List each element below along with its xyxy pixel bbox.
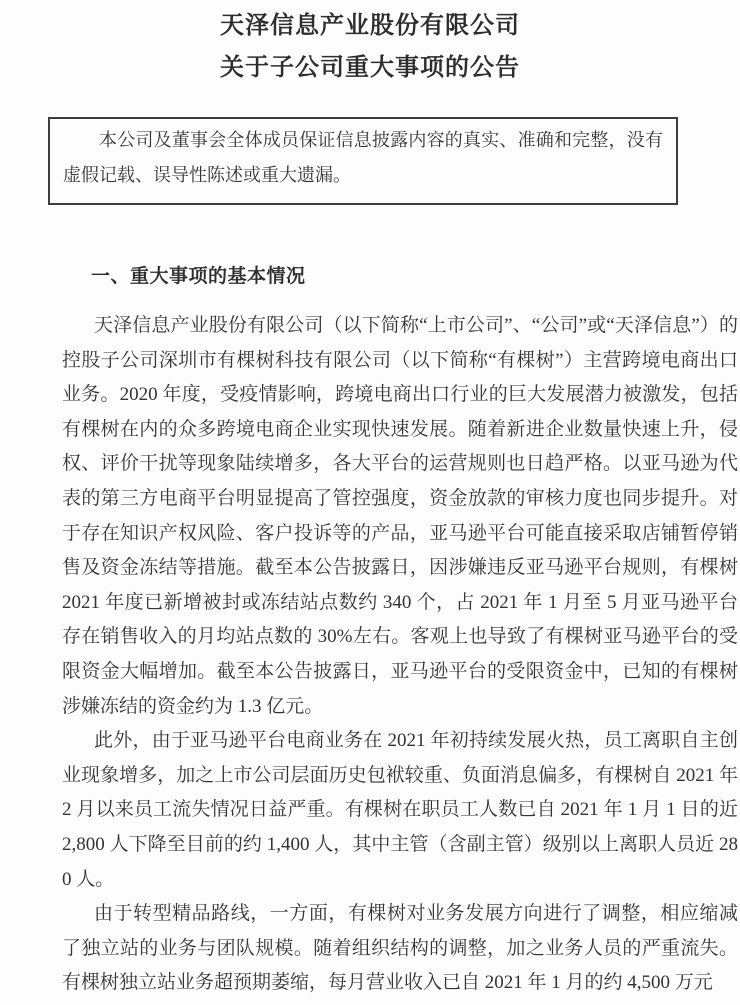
body-paragraph-3: 由于转型精品路线，一方面，有棵树对业务发展方向进行了调整，相应缩减了独立站的业务…	[62, 897, 738, 1001]
document-title-subject: 关于子公司重大事项的公告	[0, 50, 740, 86]
disclaimer-text: 本公司及董事会全体成员保证信息披露内容的真实、准确和完整，没有虚假记载、误导性陈…	[63, 123, 663, 193]
body-paragraph-1: 天泽信息产业股份有限公司（以下简称“上市公司”、“公司”或“天泽信息”）的控股子…	[62, 309, 738, 724]
document-title-company-name: 天泽信息产业股份有限公司	[0, 8, 740, 44]
announcement-document-page: 天泽信息产业股份有限公司 关于子公司重大事项的公告 本公司及董事会全体成员保证信…	[0, 0, 740, 1005]
document-body: 天泽信息产业股份有限公司（以下简称“上市公司”、“公司”或“天泽信息”）的控股子…	[62, 309, 738, 1001]
disclaimer-box: 本公司及董事会全体成员保证信息披露内容的真实、准确和完整，没有虚假记载、误导性陈…	[48, 117, 678, 205]
body-paragraph-2: 此外，由于亚马逊平台电商业务在 2021 年初持续发展火热，员工离职自主创业现象…	[62, 724, 738, 897]
section-heading: 一、重大事项的基本情况	[91, 264, 740, 290]
